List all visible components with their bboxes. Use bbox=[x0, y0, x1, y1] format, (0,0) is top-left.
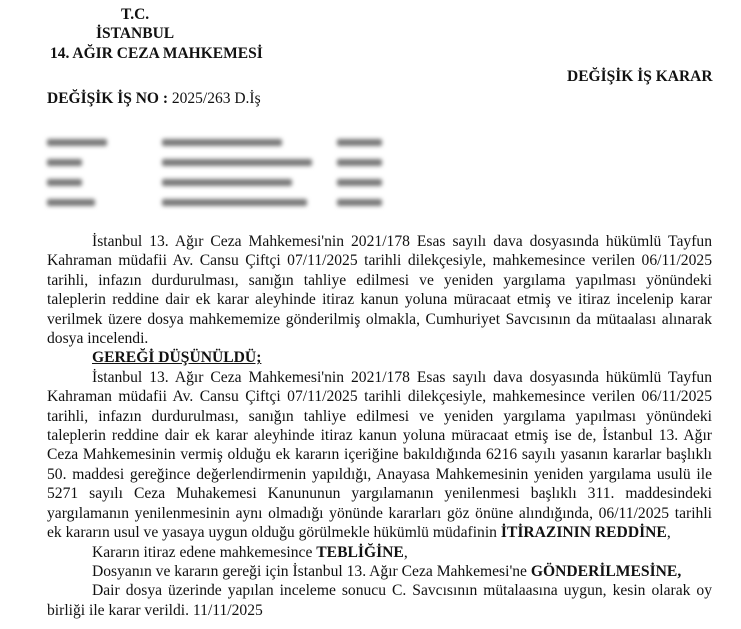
ruling-rejection: İTİRAZININ REDDİNE bbox=[501, 524, 667, 541]
paragraph-summary: İstanbul 13. Ağır Ceza Mahkemesi'nin 202… bbox=[47, 232, 712, 348]
redacted-row bbox=[47, 133, 367, 153]
document-type: DEĞİŞİK İŞ KARAR bbox=[567, 68, 713, 86]
case-number-label: DEĞİŞİK İŞ NO : bbox=[47, 90, 168, 107]
punct: , bbox=[404, 544, 408, 561]
paragraph-reasoning: İstanbul 13. Ağır Ceza Mahkemesi'nin 202… bbox=[47, 368, 712, 543]
case-number-value: 2025/263 D.İş bbox=[172, 90, 261, 107]
ruling-sending: GÖNDERİLMESİNE, bbox=[531, 563, 681, 580]
paragraph-sending: Dosyanın ve kararın gereği için İstanbul… bbox=[47, 562, 712, 581]
paragraph-closing: Dair dosya üzerinde yapılan inceleme son… bbox=[47, 581, 712, 620]
redacted-panel-members bbox=[47, 133, 367, 213]
redacted-row bbox=[47, 193, 367, 213]
sending-text: Dosyanın ve kararın gereği için İstanbul… bbox=[92, 563, 527, 580]
punct: , bbox=[667, 524, 671, 541]
case-number: DEĞİŞİK İŞ NO : 2025/263 D.İş bbox=[47, 90, 261, 108]
reasoning-text: İstanbul 13. Ağır Ceza Mahkemesi'nin 202… bbox=[47, 369, 712, 541]
redacted-row bbox=[47, 173, 367, 193]
decision-body: İstanbul 13. Ağır Ceza Mahkemesi'nin 202… bbox=[47, 232, 712, 620]
redacted-row bbox=[47, 153, 367, 173]
section-heading: GEREĞİ DÜŞÜNÜLDÜ; bbox=[92, 348, 712, 367]
header-country: T.C. bbox=[121, 6, 149, 24]
ruling-notification: TEBLİĞİNE bbox=[316, 544, 404, 561]
notification-text: Kararın itiraz edene mahkemesince bbox=[92, 544, 312, 561]
header-court: 14. AĞIR CEZA MAHKEMESİ bbox=[50, 45, 263, 63]
header-city: İSTANBUL bbox=[96, 25, 174, 43]
paragraph-notification: Kararın itiraz edene mahkemesince TEBLİĞ… bbox=[47, 543, 712, 562]
